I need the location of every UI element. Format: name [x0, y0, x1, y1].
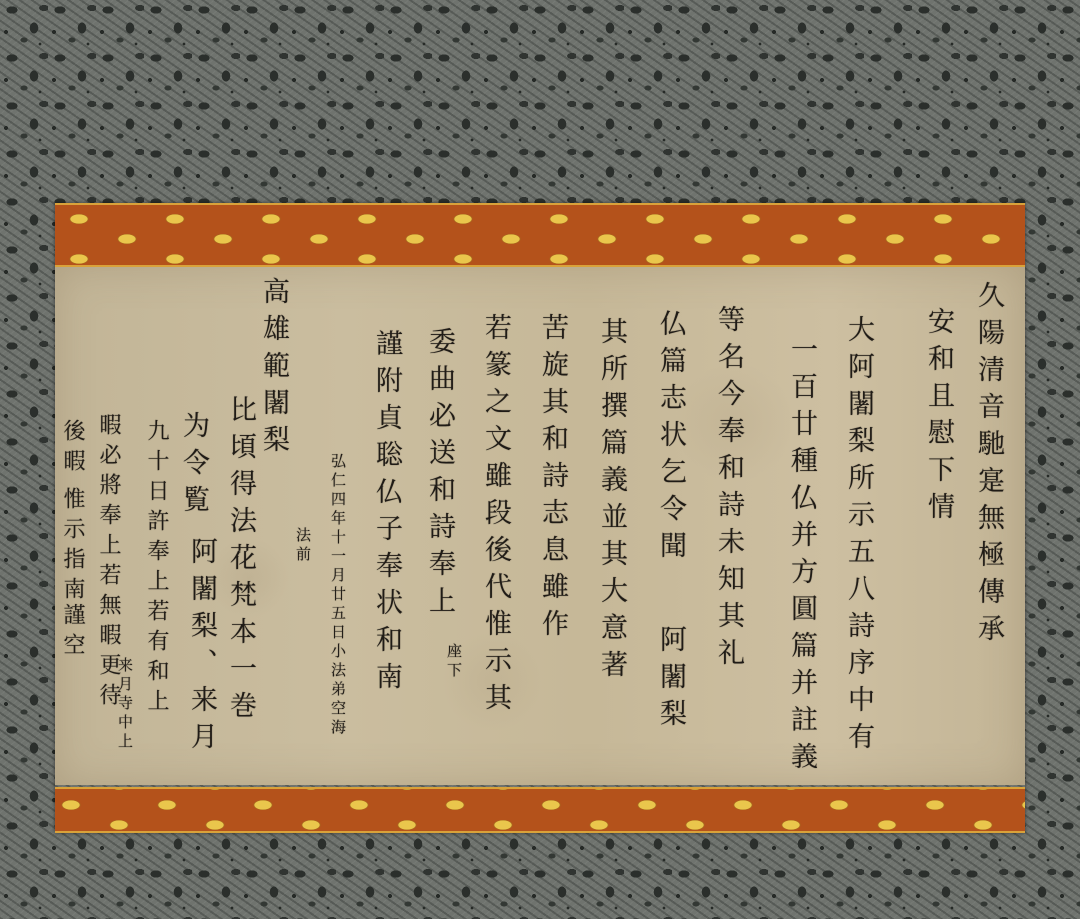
top-brocade-border	[55, 203, 1025, 267]
calligraphy-column-15: 为令覧	[180, 411, 207, 522]
calligraphy-column-4: 一百廿種仏并方圓篇并註義	[788, 335, 815, 779]
calligraphy-column-10: 委曲必送和詩奉上	[426, 327, 453, 623]
calligraphy-column-6b: 阿闍梨	[657, 625, 684, 736]
calligraphy-paper: 久陽清音馳寔無極傳承 安和且慰下情 大阿闍梨所示五八詩序中有 一百廿種仏并方圓篇…	[55, 267, 1025, 785]
calligraphy-column-1: 久陽清音馳寔無極傳承	[975, 281, 1002, 651]
calligraphy-column-14: 比頃得法花梵本一巻	[227, 395, 254, 728]
calligraphy-column-11: 謹附貞聡仏子奉状和南	[373, 329, 400, 699]
calligraphy-column-6: 仏篇志状乞令聞	[657, 309, 684, 568]
calligraphy-column-18b: 惟示指南	[61, 487, 83, 607]
calligraphy-column-15b: 阿闍梨、来月	[188, 537, 215, 759]
calligraphy-column-3: 大阿闍梨所示五八詩序中有	[845, 315, 872, 759]
calligraphy-column-7: 其所撰篇義並其大意著	[598, 317, 625, 687]
calligraphy-column-2: 安和且慰下情	[925, 307, 952, 529]
hanging-scroll: 久陽清音馳寔無極傳承 安和且慰下情 大阿闍梨所示五八詩序中有 一百廿種仏并方圓篇…	[55, 203, 1025, 833]
calligraphy-column-10b: 座下	[446, 643, 461, 681]
calligraphy-column-17b: 来月寺中上	[117, 657, 132, 752]
calligraphy-date-signature: 弘仁四年十一月廿五日小法弟空海	[330, 453, 345, 738]
bottom-brocade-border	[55, 787, 1025, 833]
calligraphy-addressee: 高雄範闍梨	[260, 277, 287, 462]
calligraphy-honorific: 法前	[295, 527, 310, 565]
calligraphy-column-8: 苦旋其和詩志息雖作	[539, 313, 566, 646]
calligraphy-column-16: 九十日許奉上若有和上	[145, 419, 167, 719]
calligraphy-column-18c: 謹空	[61, 603, 83, 663]
calligraphy-column-18: 後暇	[61, 419, 83, 479]
calligraphy-column-5: 等名今奉和詩未知其礼	[715, 305, 742, 675]
calligraphy-column-9: 若篆之文雖段後代惟示其	[482, 313, 509, 720]
